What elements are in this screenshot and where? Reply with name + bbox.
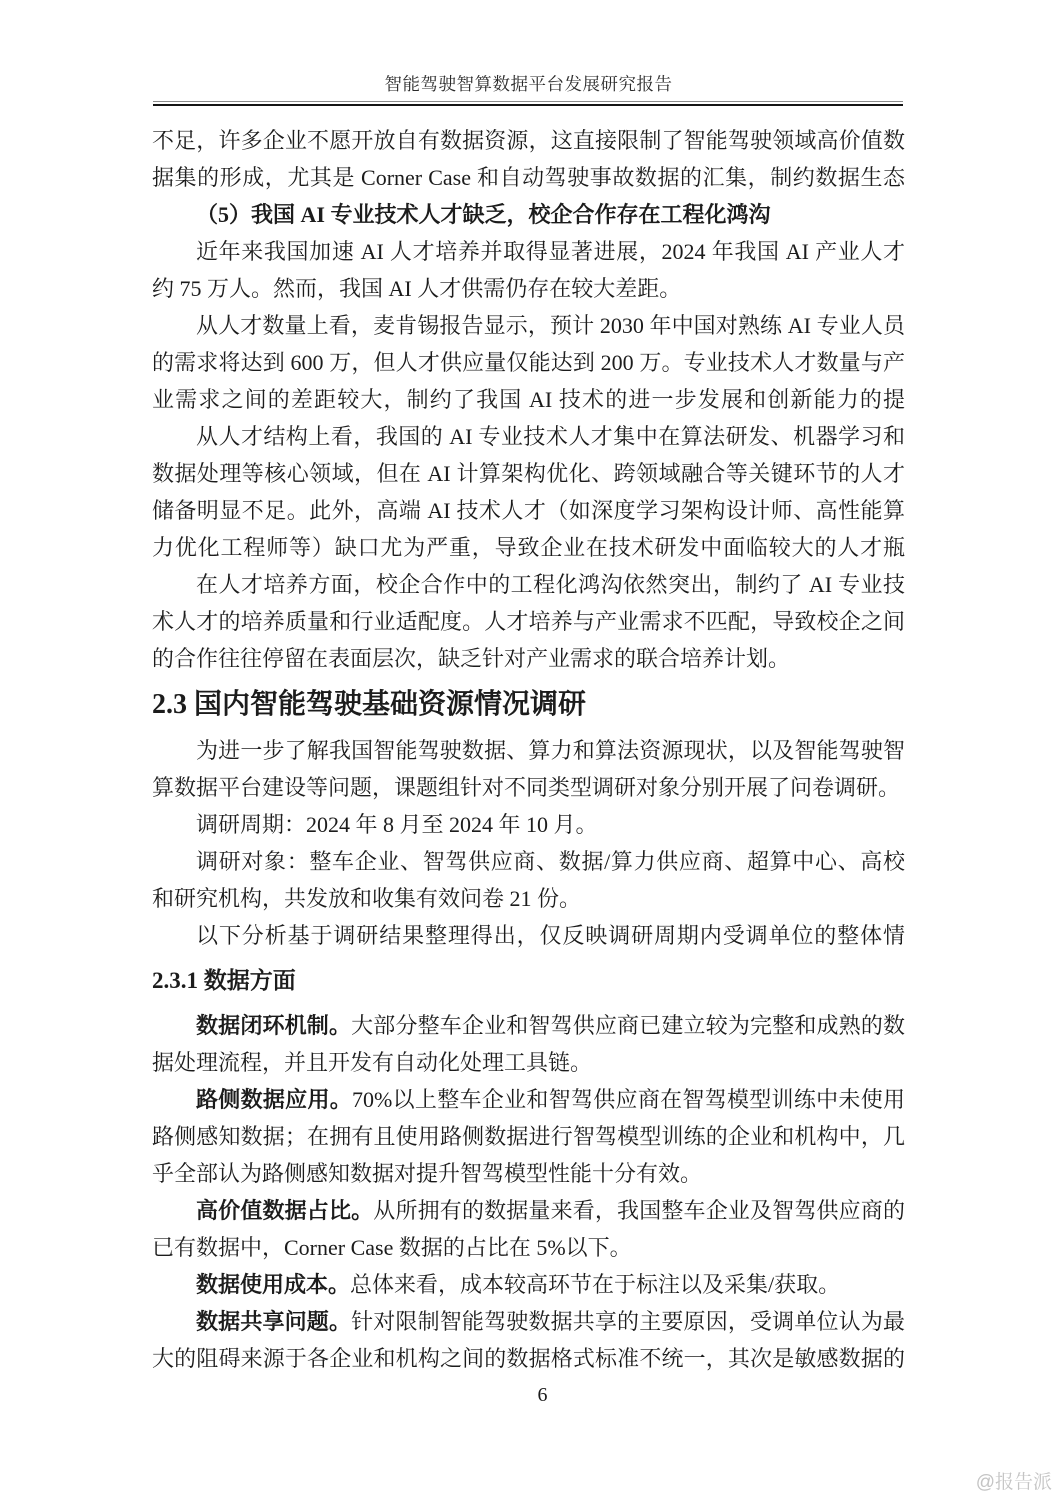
header-rule (153, 101, 903, 106)
document-page: 智能驾驶智算数据平台发展研究报告 不足，许多企业不愿开放自有数据资源，这直接限制… (0, 0, 1061, 1500)
section-heading: 2.3 国内智能驾驶基础资源情况调研 (152, 677, 905, 732)
paragraph: 以下分析基于调研结果整理得出，仅反映调研周期内受调单位的整体情况。 (152, 917, 905, 954)
paragraph: 从人才数量上看，麦肯锡报告显示，预计 2030 年中国对熟练 AI 专业人员的需… (152, 307, 905, 418)
paragraph: 调研对象：整车企业、智驾供应商、数据/算力供应商、超算中心、高校和研究机构，共发… (152, 843, 905, 917)
paragraph: 数据使用成本。总体来看，成本较高环节在于标注以及采集/获取。 (152, 1266, 905, 1303)
paragraph: 数据闭环机制。大部分整车企业和智驾供应商已建立较为完整和成熟的数据处理流程，并且… (152, 1007, 905, 1081)
paragraph: 路侧数据应用。70%以上整车企业和智驾供应商在智驾模型训练中未使用路侧感知数据；… (152, 1081, 905, 1192)
paragraph-lead: 高价值数据占比。 (196, 1198, 373, 1223)
paragraph: 为进一步了解我国智能驾驶数据、算力和算法资源现状，以及智能驾驶智算数据平台建设等… (152, 732, 905, 806)
paragraph-lead: 路侧数据应用。 (196, 1087, 352, 1112)
page-body: 不足，许多企业不愿开放自有数据资源，这直接限制了智能驾驶领域高价值数据集的形成，… (152, 122, 905, 1377)
watermark: @报告派 (976, 1472, 1052, 1494)
running-header-title: 智能驾驶智算数据平台发展研究报告 (152, 72, 905, 96)
paragraph: 不足，许多企业不愿开放自有数据资源，这直接限制了智能驾驶领域高价值数据集的形成，… (152, 122, 905, 196)
paragraph: 从人才结构上看，我国的 AI 专业技术人才集中在算法研发、机器学习和数据处理等核… (152, 418, 905, 566)
paragraph: 数据共享问题。针对限制智能驾驶数据共享的主要原因，受调单位认为最大的阻碍来源于各… (152, 1303, 905, 1377)
paragraph-lead: 数据使用成本。 (196, 1272, 350, 1297)
paragraph-lead: 数据共享问题。 (196, 1309, 351, 1334)
paragraph: 在人才培养方面，校企合作中的工程化鸿沟依然突出，制约了 AI 专业技术人才的培养… (152, 566, 905, 677)
paragraph-lead: 数据闭环机制。 (196, 1013, 351, 1038)
paragraph: 高价值数据占比。从所拥有的数据量来看，我国整车企业及智驾供应商的已有数据中，Co… (152, 1192, 905, 1266)
subsection-heading: 2.3.1 数据方面 (152, 954, 905, 1007)
inline-heading: （5）我国 AI 专业技术人才缺乏，校企合作存在工程化鸿沟 (152, 196, 905, 233)
page-number: 6 (152, 1383, 905, 1407)
paragraph: 近年来我国加速 AI 人才培养并取得显著进展，2024 年我国 AI 产业人才约… (152, 233, 905, 307)
paragraph: 调研周期：2024 年 8 月至 2024 年 10 月。 (152, 806, 905, 843)
